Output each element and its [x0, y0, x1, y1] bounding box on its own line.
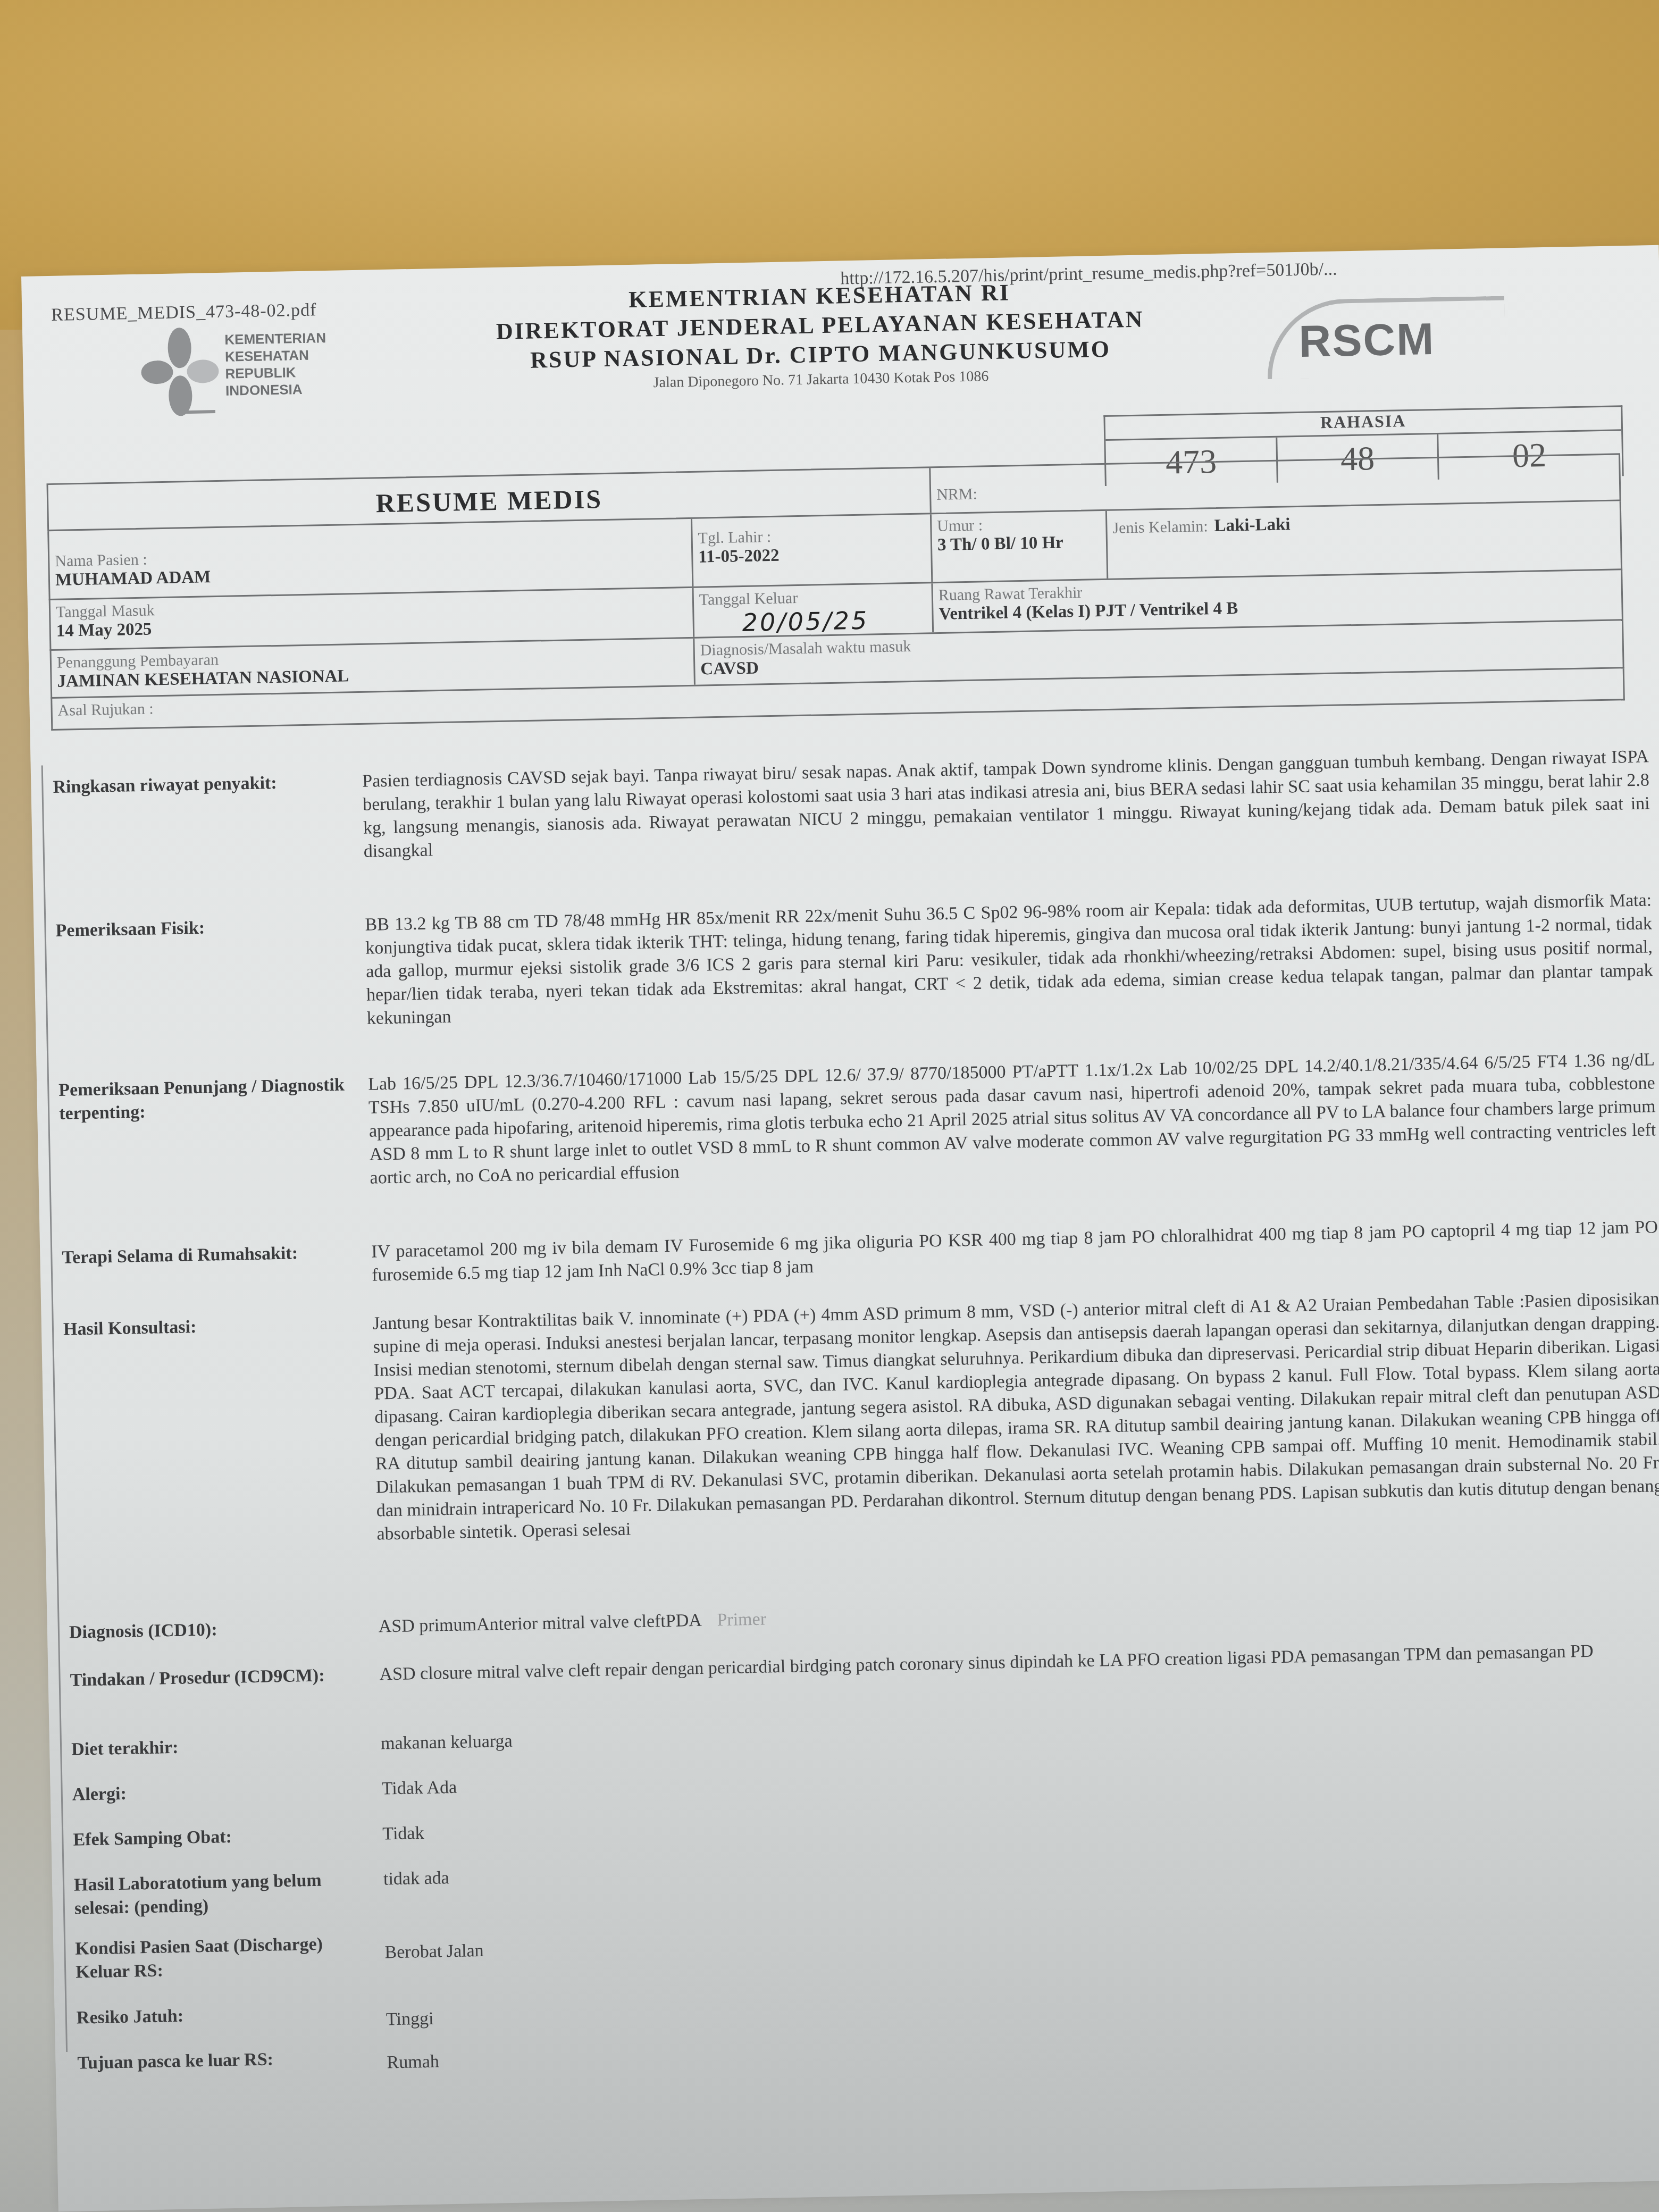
section-label: Hasil Konsultasi: — [63, 1312, 362, 1342]
section-label: Terapi Selama di Rumahsakit: — [62, 1241, 360, 1270]
section-label: Efek Samping Obat: — [73, 1823, 371, 1852]
patient-name-cell: Nama Pasien : MUHAMAD ADAM — [49, 519, 693, 599]
resume-body: Ringkasan riwayat penyakit: Pasien terdi… — [41, 734, 1659, 2052]
section-label: Kondisi Pasien Saat (Discharge) Keluar R… — [75, 1932, 342, 1984]
section-pending-labs: Hasil Laboratotium yang belum selesai: (… — [64, 1843, 1659, 1874]
sex-value: Laki-Laki — [1214, 515, 1291, 535]
section-text: ASD primumAnterior mitral valve cleftPDA… — [378, 1590, 1659, 1638]
section-history: Ringkasan riwayat penyakit: Pasien terdi… — [43, 745, 1659, 776]
section-diagnostics: Pemeriksaan Penunjang / Diagnostik terpe… — [49, 1048, 1659, 1079]
section-text: Pasien terdiagnosis CAVSD sejak bayi. Ta… — [362, 745, 1650, 863]
section-text: Lab 16/5/25 DPL 12.3/36.7/10460/171000 L… — [368, 1048, 1657, 1189]
section-label: Hasil Laboratotium yang belum selesai: (… — [74, 1869, 341, 1921]
section-text: IV paracetamol 200 mg iv bila demam IV F… — [371, 1216, 1658, 1287]
icd10-faint-suffix: Primer — [717, 1610, 766, 1630]
section-procedure: Tindakan / Prosedur (ICD9CM): ASD closur… — [60, 1638, 1659, 1669]
section-label: Resiko Jatuh: — [76, 2001, 374, 2030]
rscm-wordmark: RSCM — [1298, 313, 1435, 367]
section-text: makanan keluarga — [381, 1707, 1659, 1755]
logo-line: INDONESIA — [225, 380, 327, 399]
dob-value: 11-05-2022 — [698, 543, 926, 567]
section-fall-risk: Resiko Jatuh: Tinggi — [66, 1976, 1659, 2007]
sex-cell: Jenis Kelamin: Laki-Laki — [1107, 501, 1624, 579]
medical-resume-paper: RESUME_MEDIS_473-48-02.pdf http://172.16… — [21, 245, 1659, 2211]
section-text: Tidak Ada — [381, 1753, 1659, 1800]
section-label: Diet terakhir: — [71, 1732, 370, 1762]
section-text: Jantung besar Kontraktilitas baik V. inn… — [373, 1287, 1659, 1546]
section-label: Diagnosis (ICD10): — [69, 1615, 367, 1645]
sex-label: Jenis Kelamin: — [1112, 517, 1208, 537]
section-icd10: Diagnosis (ICD10): ASD primumAnterior mi… — [60, 1590, 1659, 1621]
section-text: Berobat Jalan — [384, 1916, 1659, 1964]
section-text: ASD closure mitral valve cleft repair de… — [379, 1638, 1659, 1686]
rscm-logo: RSCM — [1266, 296, 1502, 375]
section-label: Ringkasan riwayat penyakit: — [53, 770, 351, 799]
section-text: Tinggi — [386, 1983, 1659, 2031]
section-physical-exam: Pemeriksaan Fisik: BB 13.2 kg TB 88 cm T… — [46, 889, 1659, 919]
kemenkes-logo: KEMENTERIAN KESEHATAN REPUBLIK INDONESIA — [129, 319, 333, 423]
section-allergy: Alergi: Tidak Ada — [62, 1753, 1659, 1783]
discharge-date-label: Tanggal Keluar — [699, 586, 927, 609]
logo-line: KEMENTERIAN — [224, 329, 326, 348]
discharge-date-handwritten: 20/05/25 — [742, 606, 869, 638]
section-post-discharge-destination: Tujuan pasca ke luar RS: Rumah — [68, 2021, 1659, 2052]
section-label: Pemeriksaan Fisik: — [55, 914, 354, 943]
kemenkes-emblem-icon — [139, 326, 221, 418]
section-label: Tujuan pasca ke luar RS: — [77, 2046, 375, 2075]
section-therapy: Terapi Selama di Rumahsakit: IV paraceta… — [52, 1216, 1659, 1246]
section-text: tidak ada — [383, 1843, 1659, 1891]
section-label: Pemeriksaan Penunjang / Diagnostik terpe… — [58, 1073, 357, 1126]
section-text: Rumah — [387, 2026, 1659, 2074]
section-label: Alergi: — [72, 1778, 370, 1807]
kemenkes-logo-text: KEMENTERIAN KESEHATAN REPUBLIK INDONESIA — [224, 329, 327, 399]
section-label: Tindakan / Prosedur (ICD9CM): — [70, 1663, 368, 1692]
section-diet: Diet terakhir: makanan keluarga — [62, 1707, 1659, 1738]
nrm-label: NRM: — [936, 483, 1102, 504]
nrm-label-cell: NRM: — [931, 465, 1107, 513]
section-drug-side-effects: Efek Samping Obat: Tidak — [63, 1798, 1659, 1829]
letterhead: KEMENTRIAN KESEHATAN RI DIREKTORAT JENDE… — [447, 275, 1194, 396]
discharge-date-cell: Tanggal Keluar 20/05/25 — [693, 583, 934, 637]
age-value: 3 Th/ 0 Bl/ 10 Hr — [937, 532, 1101, 555]
section-consultation: Hasil Konsultasi: Jantung besar Kontrakt… — [54, 1287, 1659, 1318]
section-text: Tidak — [382, 1798, 1659, 1846]
section-text: BB 13.2 kg TB 88 cm TD 78/48 mmHg HR 85x… — [365, 889, 1654, 1030]
logo-line: REPUBLIK — [225, 363, 326, 382]
logo-line: KESEHATAN — [225, 346, 326, 365]
dob-cell: Tgl. Lahir : 11-05-2022 — [692, 514, 933, 586]
icd10-diagnosis: ASD primumAnterior mitral valve cleftPDA — [379, 1611, 701, 1637]
age-cell: Umur : 3 Th/ 0 Bl/ 10 Hr — [932, 511, 1108, 582]
